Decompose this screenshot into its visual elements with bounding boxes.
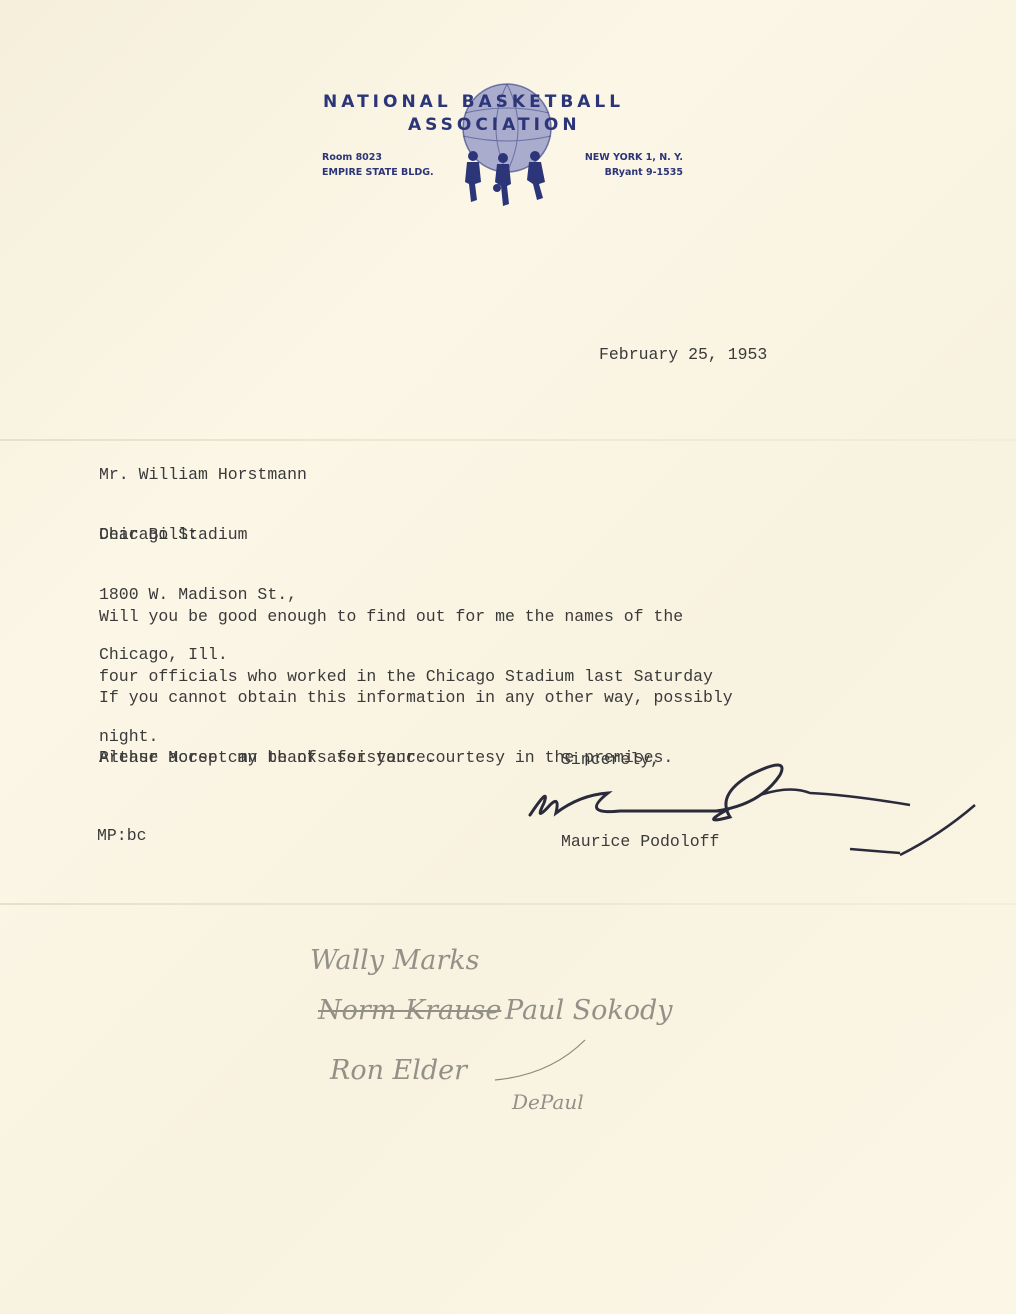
address-left-line: EMPIRE STATE BLDG. bbox=[322, 165, 434, 180]
handwritten-note-ron-elder: Ron Elder bbox=[330, 1055, 467, 1086]
body-line: If you cannot obtain this information in… bbox=[99, 688, 733, 708]
signer-name: Maurice Podoloff bbox=[561, 832, 719, 852]
handwritten-note-wally-marks: Wally Marks bbox=[310, 945, 479, 976]
address-right-line: NEW YORK 1, N. Y. bbox=[575, 150, 683, 165]
letter-date: February 25, 1953 bbox=[599, 345, 767, 365]
paper-fold-crease bbox=[0, 903, 1016, 905]
address-left-line: Room 8023 bbox=[322, 150, 434, 165]
org-name-line2: ASSOCIATION bbox=[408, 115, 581, 135]
pencil-stroke-line bbox=[490, 1035, 600, 1085]
address-right: NEW YORK 1, N. Y. BRyant 9-1535 bbox=[575, 150, 683, 180]
recipient-line: Mr. William Horstmann bbox=[99, 465, 307, 485]
handwritten-note-paul-sokody: Paul Sokody bbox=[505, 995, 673, 1026]
letterhead: NATIONAL BASKETBALL ASSOCIATION Room 802… bbox=[0, 0, 1016, 230]
typist-initials: MP:bc bbox=[97, 826, 147, 846]
handwritten-note-norm-krause: Norm Krause bbox=[318, 995, 501, 1026]
body-line: Will you be good enough to find out for … bbox=[99, 607, 713, 627]
org-name-line1: NATIONAL BASKETBALL bbox=[323, 92, 624, 112]
address-right-line: BRyant 9-1535 bbox=[575, 165, 683, 180]
handwritten-note-depaul: DePaul bbox=[512, 1090, 584, 1114]
address-left: Room 8023 EMPIRE STATE BLDG. bbox=[322, 150, 434, 180]
salutation: Dear Bill: bbox=[99, 525, 198, 545]
